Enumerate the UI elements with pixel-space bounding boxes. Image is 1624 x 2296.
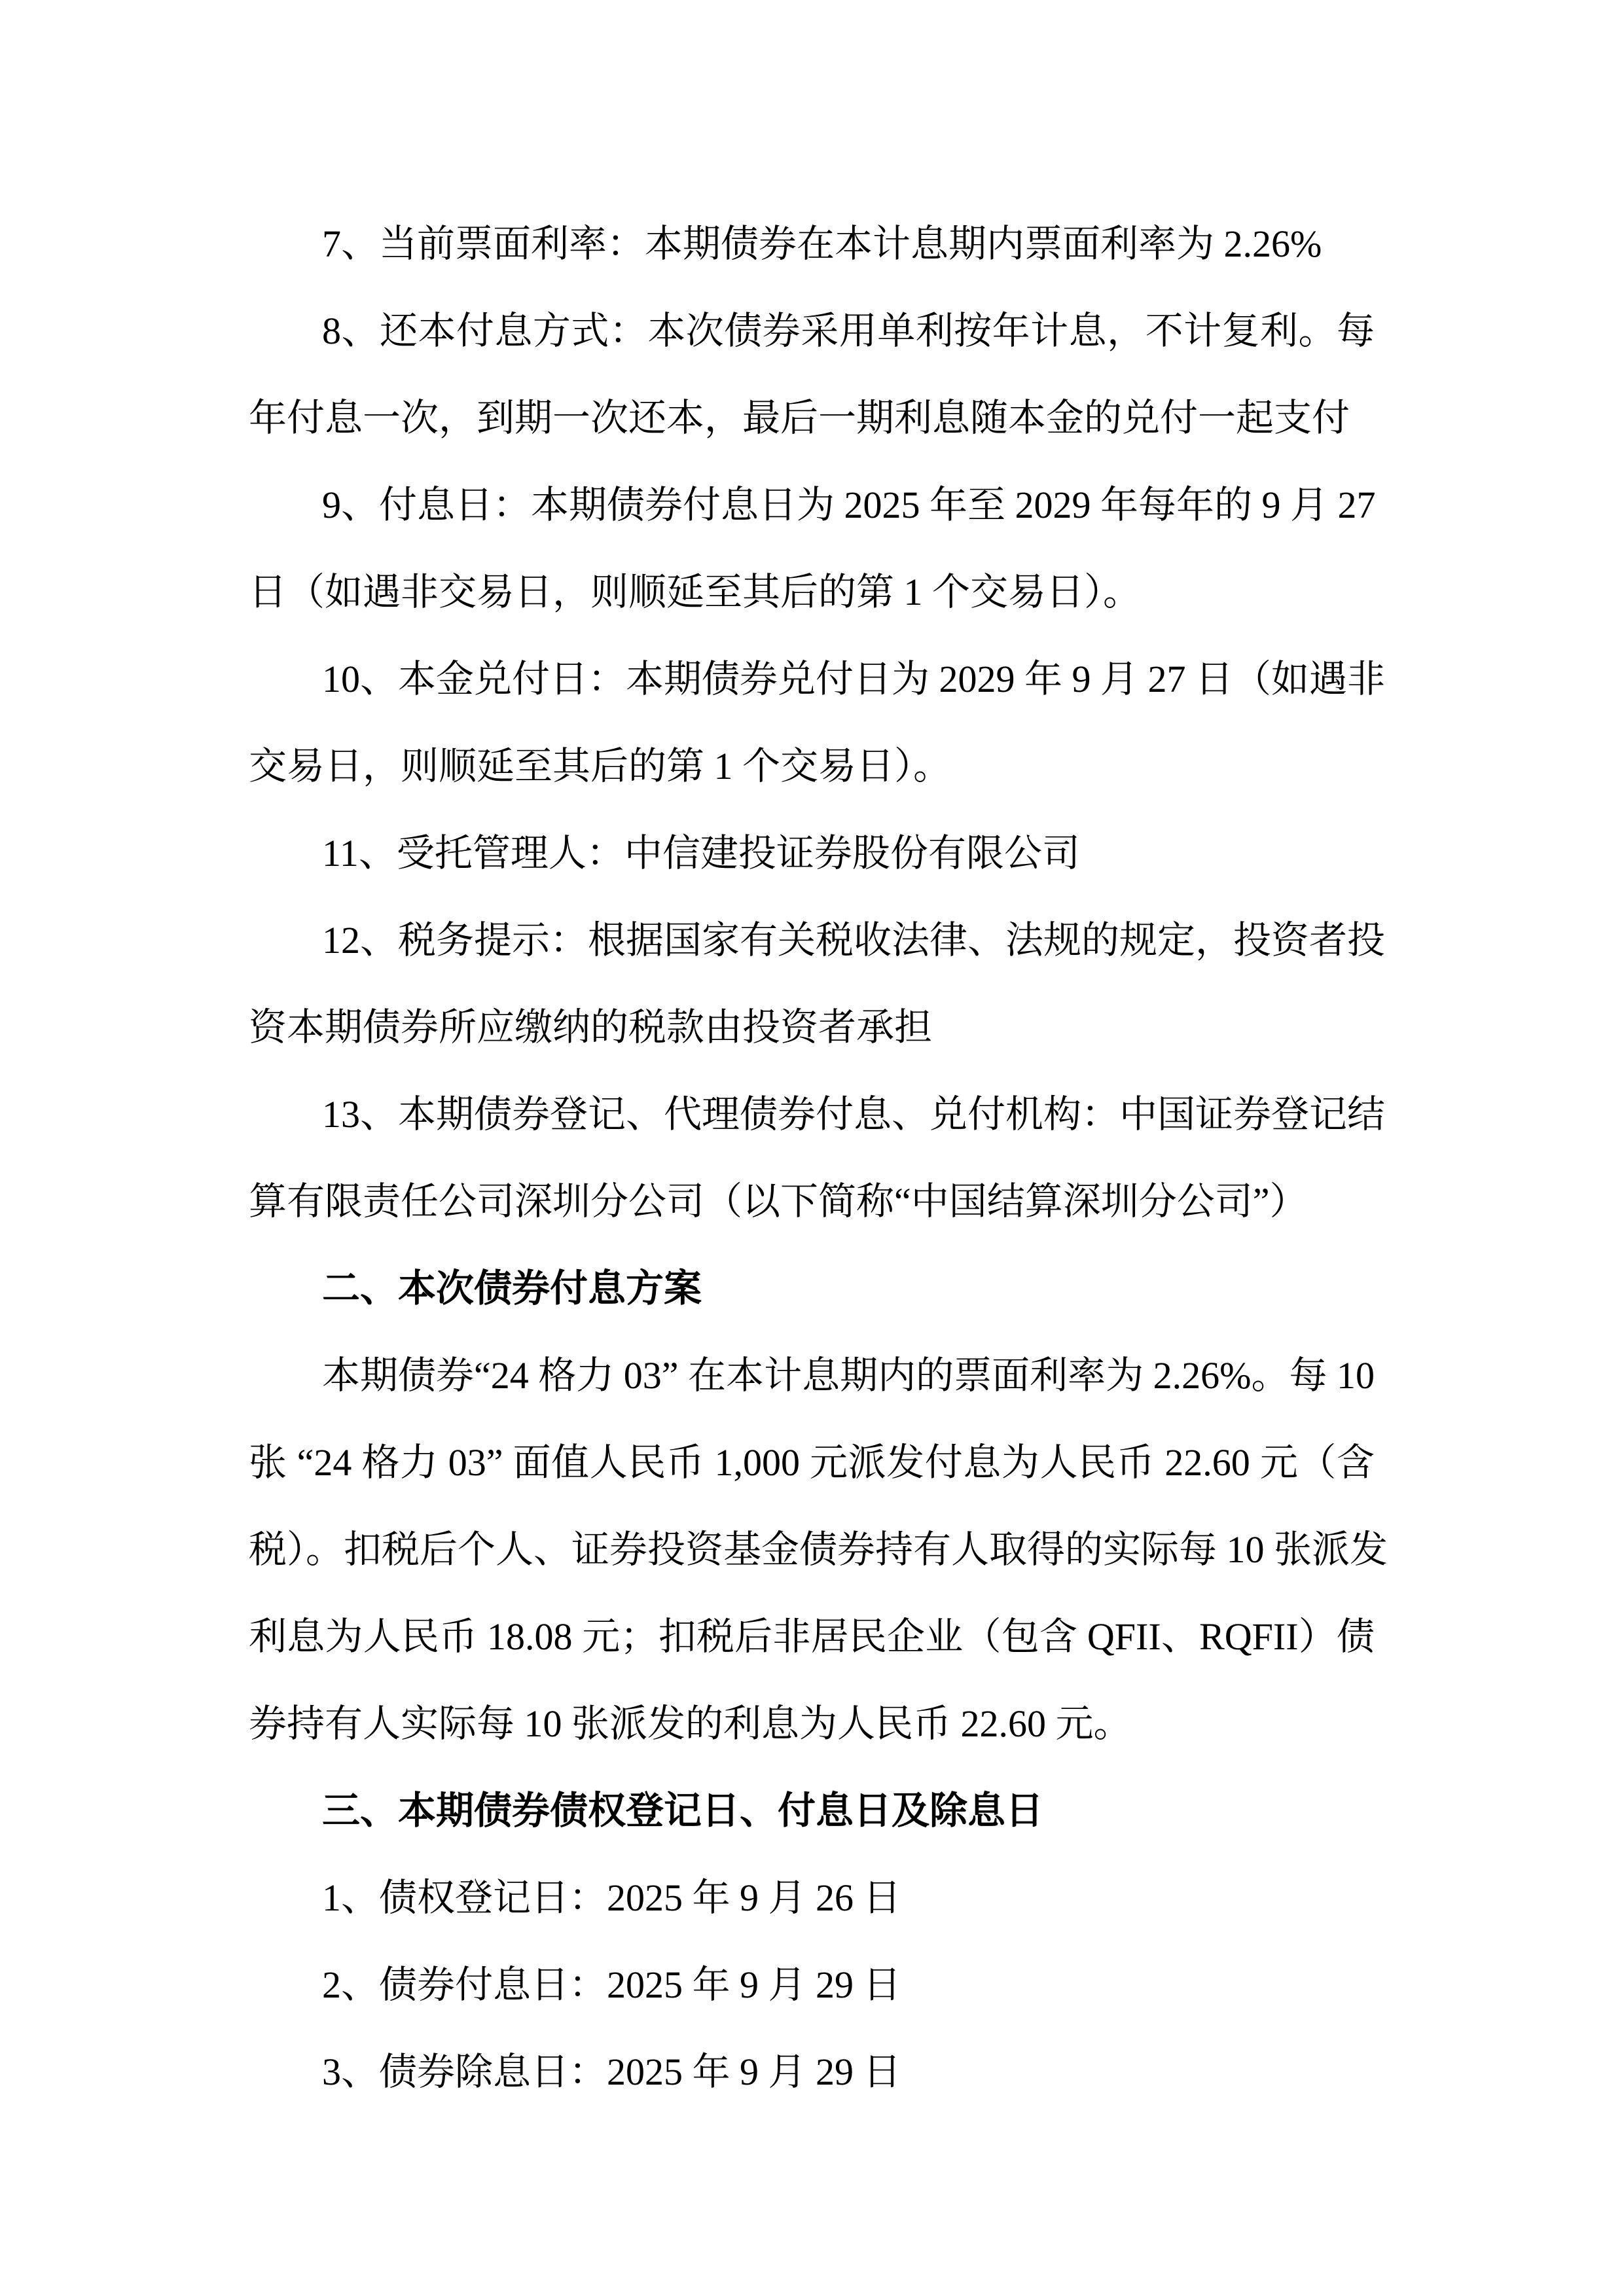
document-page: 7、当前票面利率：本期债券在本计息期内票面利率为 2.26% 8、还本付息方式：… (0, 0, 1624, 2296)
line-interest-payment-date: 2、债券付息日：2025 年 9 月 29 日 (249, 1941, 1375, 2028)
line-item-7-coupon-rate: 7、当前票面利率：本期债券在本计息期内票面利率为 2.26% (249, 200, 1375, 287)
line-item-12-tax-notice-1: 12、税务提示：根据国家有关税收法律、法规的规定，投资者投 (249, 897, 1375, 984)
line-record-date: 1、债权登记日：2025 年 9 月 26 日 (249, 1854, 1375, 1941)
line-item-9-interest-date-1: 9、付息日：本期债券付息日为 2025 年至 2029 年每年的 9 月 27 (249, 461, 1375, 548)
line-item-13-registrar-2: 算有限责任公司深圳分公司（以下简称“中国结算深圳分公司”） (249, 1158, 1375, 1245)
heading-section-3-key-dates: 三、本期债券债权登记日、付息日及除息日 (249, 1767, 1375, 1854)
line-payment-plan-3: 税）。扣税后个人、证券投资基金债券持有人取得的实际每 10 张派发 (249, 1506, 1375, 1593)
heading-section-2-payment-plan: 二、本次债券付息方案 (249, 1245, 1375, 1332)
line-ex-interest-date: 3、债券除息日：2025 年 9 月 29 日 (249, 2028, 1375, 2115)
line-item-8-repayment-2: 年付息一次，到期一次还本，最后一期利息随本金的兑付一起支付 (249, 374, 1375, 461)
line-item-10-principal-date-2: 交易日，则顺延至其后的第 1 个交易日）。 (249, 723, 1375, 810)
line-payment-plan-4: 利息为人民币 18.08 元；扣税后非居民企业（包含 QFII、RQFII）债 (249, 1593, 1375, 1680)
line-item-8-repayment-1: 8、还本付息方式：本次债券采用单利按年计息，不计复利。每 (249, 287, 1375, 374)
line-payment-plan-1: 本期债券“24 格力 03” 在本计息期内的票面利率为 2.26%。每 10 (249, 1332, 1375, 1419)
line-payment-plan-2: 张 “24 格力 03” 面值人民币 1,000 元派发付息为人民币 22.60… (249, 1419, 1375, 1506)
line-item-12-tax-notice-2: 资本期债券所应缴纳的税款由投资者承担 (249, 984, 1375, 1071)
line-item-11-trustee: 11、受托管理人：中信建投证券股份有限公司 (249, 810, 1375, 897)
line-item-9-interest-date-2: 日（如遇非交易日，则顺延至其后的第 1 个交易日）。 (249, 548, 1375, 636)
line-payment-plan-5: 券持有人实际每 10 张派发的利息为人民币 22.60 元。 (249, 1680, 1375, 1767)
line-item-10-principal-date-1: 10、本金兑付日：本期债券兑付日为 2029 年 9 月 27 日（如遇非 (249, 636, 1375, 723)
line-item-13-registrar-1: 13、本期债券登记、代理债券付息、兑付机构：中国证券登记结 (249, 1071, 1375, 1158)
document-text-block: 7、当前票面利率：本期债券在本计息期内票面利率为 2.26% 8、还本付息方式：… (249, 200, 1375, 2115)
